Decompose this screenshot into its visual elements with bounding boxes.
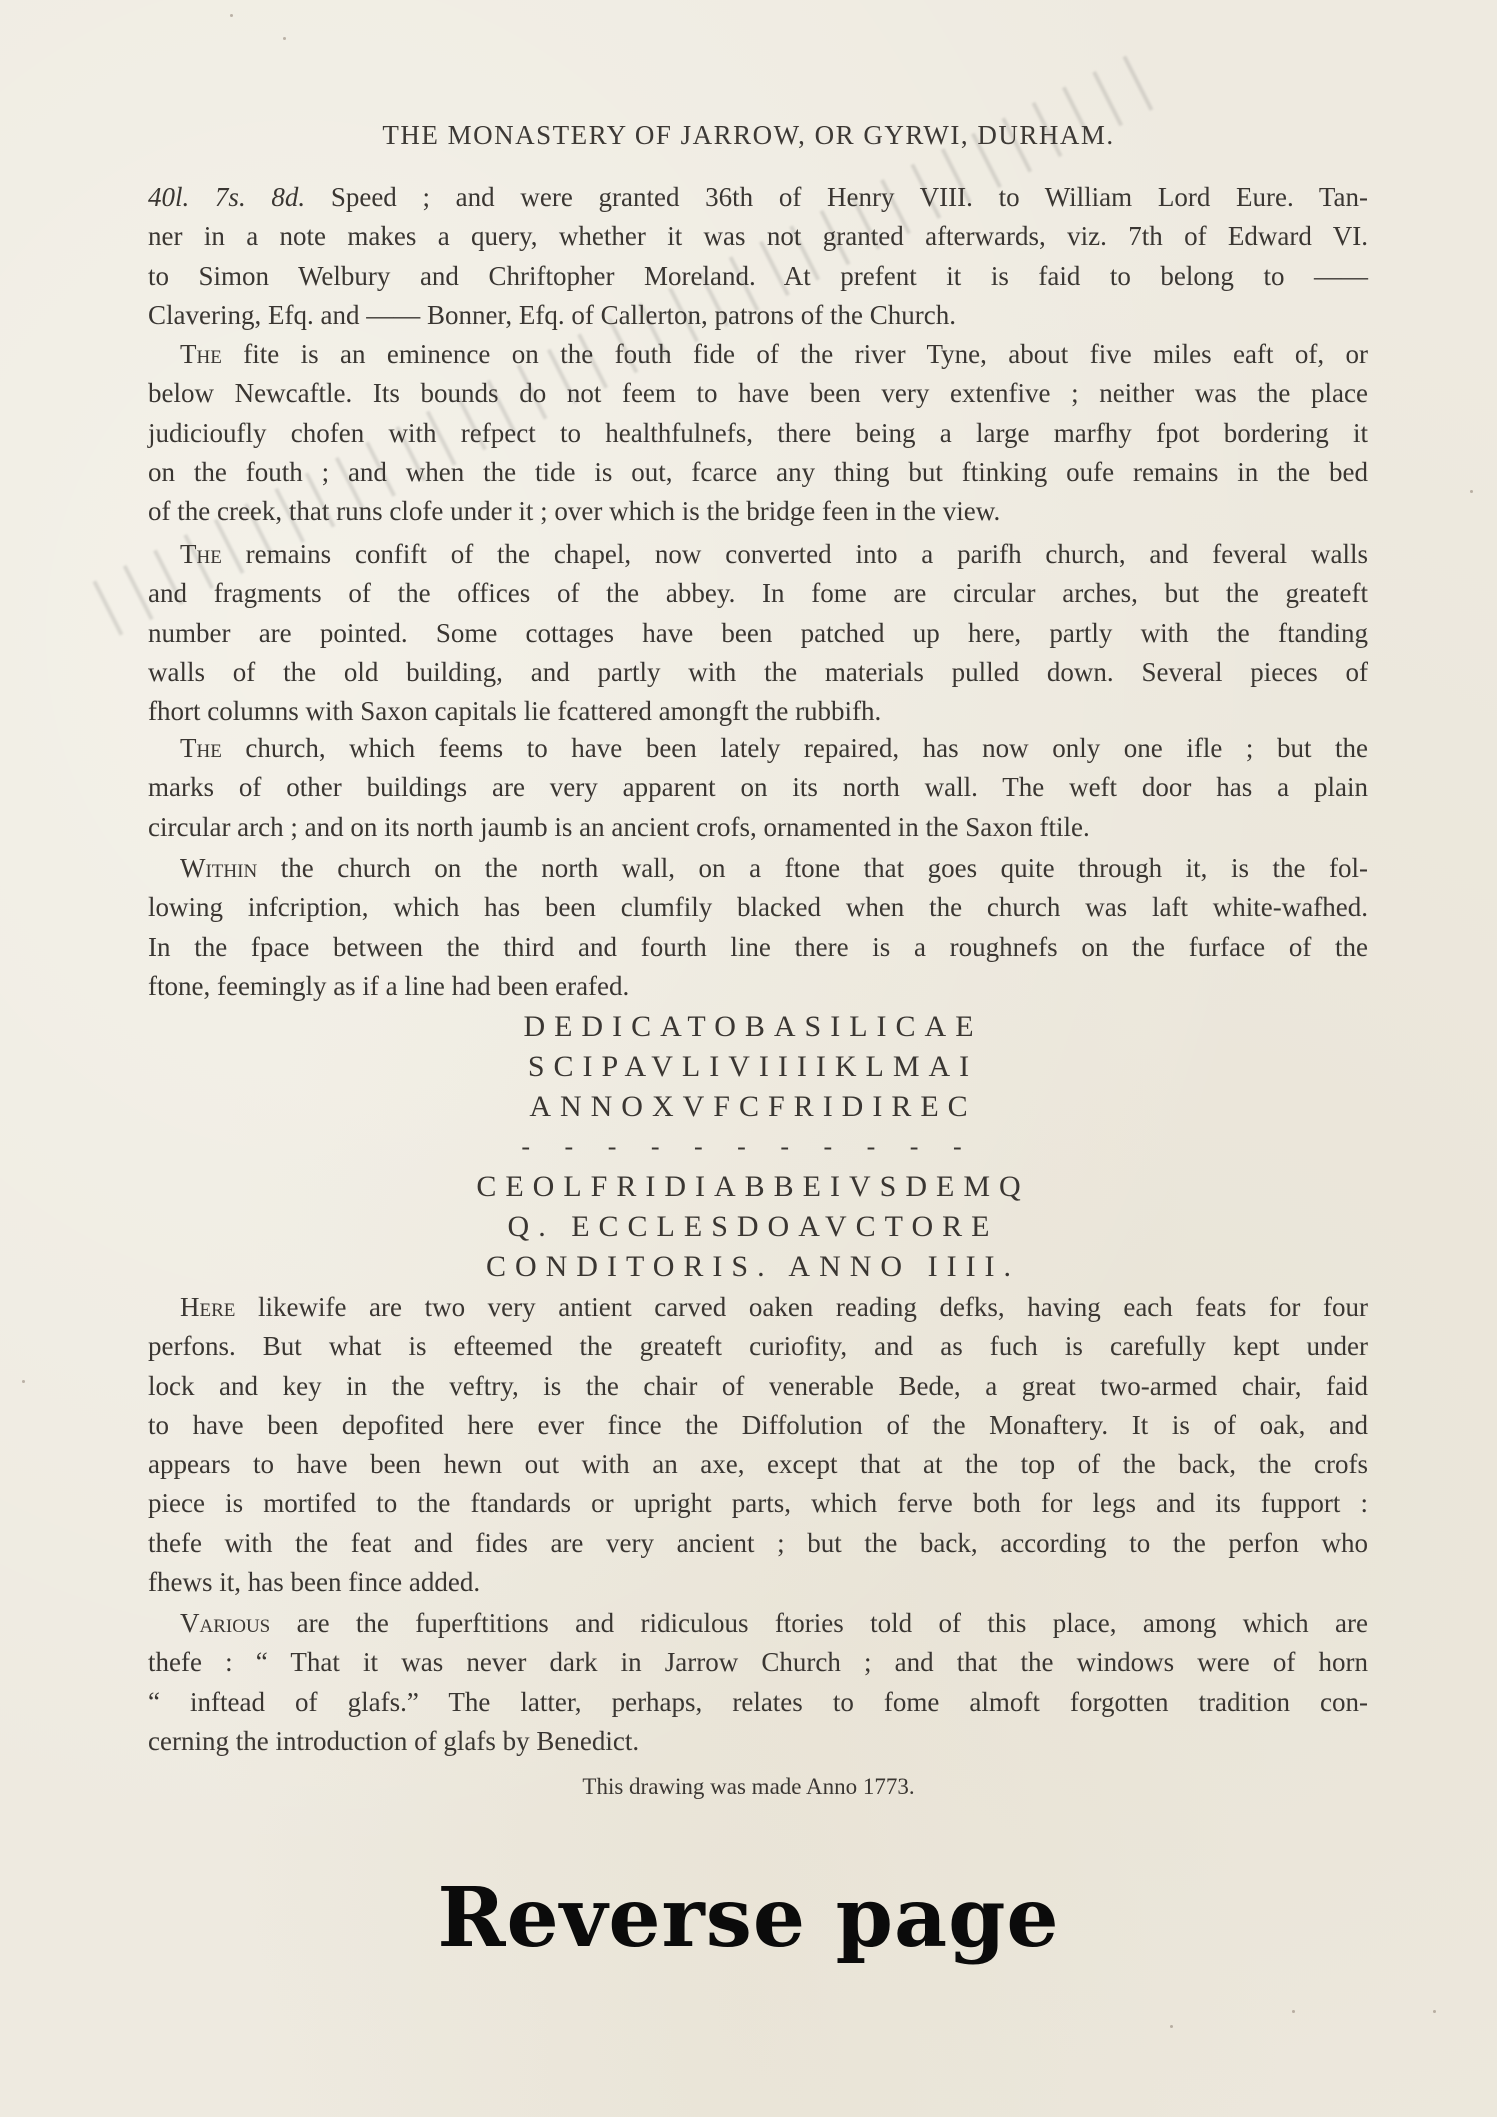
- paper-speck: [230, 14, 233, 17]
- text-line: circular arch ; and on its north jaumb i…: [148, 808, 1368, 847]
- inscription-line: CEOLFRIDIABBEIVSDEMQ: [0, 1167, 1497, 1207]
- text-line: “ inftead of glafs.” The latter, perhaps…: [148, 1683, 1368, 1722]
- paper-speck: [1170, 2025, 1173, 2028]
- text-line: ftone, feemingly as if a line had been e…: [148, 967, 1368, 1006]
- text-line: judicioufly chofen with refpect to healt…: [148, 414, 1368, 453]
- text-line: lowing infcription, which has been clumf…: [148, 888, 1368, 927]
- lead-word: The: [180, 539, 222, 569]
- text-line: perfons. But what is efteemed the greate…: [148, 1327, 1368, 1366]
- text-line: to have been depofited here ever fince t…: [148, 1406, 1368, 1445]
- text-line: The church, which feems to have been lat…: [148, 729, 1368, 768]
- text-line: ner in a note makes a query, whether it …: [148, 217, 1368, 256]
- paper-speck: [283, 37, 286, 40]
- lead-word: The: [180, 339, 222, 369]
- drawing-date-note: This drawing was made Anno 1773.: [0, 1774, 1497, 1800]
- text-line: 40l. 7s. 8d. Speed ; and were granted 36…: [148, 178, 1368, 217]
- text-line: fhews it, has been fince added.: [148, 1563, 1368, 1602]
- text-line: to Simon Welbury and Chriftopher Morelan…: [148, 257, 1368, 296]
- reverse-page-label: Reverse page: [0, 1870, 1497, 1966]
- text-line: number are pointed. Some cottages have b…: [148, 614, 1368, 653]
- text-line: thefe with the feat and fides are very a…: [148, 1524, 1368, 1563]
- text-line: below Newcaftle. Its bounds do not feem …: [148, 374, 1368, 413]
- inscription-line: ANNOXVFCFRIDIREC: [0, 1087, 1497, 1127]
- inscription-line: SCIPAVLIVIIIIKLMAI: [0, 1047, 1497, 1087]
- text-line: Within the church on the north wall, on …: [148, 849, 1368, 888]
- paragraph-1: 40l. 7s. 8d. Speed ; and were granted 36…: [148, 178, 1368, 335]
- paragraph-4: The church, which feems to have been lat…: [148, 729, 1368, 847]
- text-line: The remains confift of the chapel, now c…: [148, 535, 1368, 574]
- text-line: cerning the introduction of glafs by Ben…: [148, 1722, 1368, 1761]
- text-line: walls of the old building, and partly wi…: [148, 653, 1368, 692]
- text-line: of the creek, that runs clofe under it ;…: [148, 492, 1368, 531]
- text-line: piece is mortifed to the ftandards or up…: [148, 1484, 1368, 1523]
- paragraph-6: Here likewife are two very antient carve…: [148, 1288, 1368, 1602]
- text-line: The fite is an eminence on the fouth fid…: [148, 335, 1368, 374]
- text-line: and fragments of the offices of the abbe…: [148, 574, 1368, 613]
- text-line: on the fouth ; and when the tide is out,…: [148, 453, 1368, 492]
- text-line: appears to have been hewn out with an ax…: [148, 1445, 1368, 1484]
- inscription-line: DEDICATOBASILICAE: [0, 1007, 1497, 1047]
- text-line: Here likewife are two very antient carve…: [148, 1288, 1368, 1327]
- paragraph-2: The fite is an eminence on the fouth fid…: [148, 335, 1368, 531]
- lead-word: Within: [180, 853, 257, 883]
- lead-word: Various: [180, 1608, 270, 1638]
- running-head: THE MONASTERY OF JARROW, OR GYRWI, DURHA…: [0, 120, 1497, 151]
- latin-inscription: DEDICATOBASILICAE SCIPAVLIVIIIIKLMAI ANN…: [0, 1007, 1497, 1287]
- document-page: THE MONASTERY OF JARROW, OR GYRWI, DURHA…: [0, 0, 1497, 2117]
- text-line: In the fpace between the third and fourt…: [148, 928, 1368, 967]
- text-line: Clavering, Efq. and —— Bonner, Efq. of C…: [148, 296, 1368, 335]
- paragraph-7: Various are the fuperftitions and ridicu…: [148, 1604, 1368, 1761]
- inscription-line: Q. ECCLESDOAVCTORE: [0, 1207, 1497, 1247]
- lead-word: The: [180, 733, 222, 763]
- text-line: lock and key in the veftry, is the chair…: [148, 1367, 1368, 1406]
- paper-speck: [1292, 2010, 1295, 2013]
- text-line: marks of other buildings are very appare…: [148, 768, 1368, 807]
- text-line: fhort columns with Saxon capitals lie fc…: [148, 692, 1368, 731]
- erased-line-dashes: - - - - - - - - - - -: [0, 1127, 1497, 1167]
- text-line: Various are the fuperftitions and ridicu…: [148, 1604, 1368, 1643]
- text-line: thefe : “ That it was never dark in Jarr…: [148, 1643, 1368, 1682]
- paper-speck: [1433, 2010, 1436, 2013]
- lead-word: Here: [180, 1292, 235, 1322]
- paragraph-3: The remains confift of the chapel, now c…: [148, 535, 1368, 731]
- inscription-line: CONDITORIS. ANNO IIII.: [0, 1247, 1497, 1287]
- paper-speck: [22, 1380, 25, 1383]
- currency-amount: 40l. 7s. 8d.: [148, 182, 305, 212]
- paragraph-5: Within the church on the north wall, on …: [148, 849, 1368, 1006]
- paper-speck: [1470, 490, 1473, 493]
